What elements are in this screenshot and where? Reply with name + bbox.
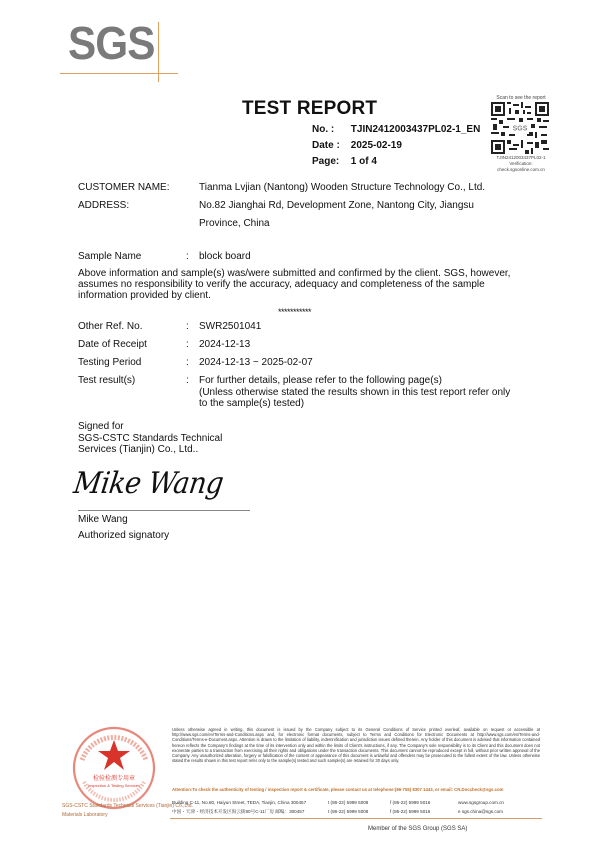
test-results-line-1: For further details, please refer to the… [199, 375, 510, 387]
address-line-1: No.82 Jianghai Rd, Development Zone, Nan… [199, 200, 474, 212]
report-page-row: Page: 1 of 4 [312, 156, 377, 167]
report-page-value: 1 of 4 [351, 156, 377, 167]
handwritten-signature: Mike Wang [72, 466, 226, 500]
address-en: Building C-11, No.80, Haiyun Street, TED… [172, 800, 306, 805]
customer-name-label: CUSTOMER NAME: [78, 182, 170, 194]
report-number-value: TJIN2412003437PL02-1_EN [351, 124, 481, 135]
signed-for-line-1: Signed for [78, 421, 222, 433]
date-of-receipt-value: 2024-12-13 [199, 339, 250, 351]
testing-period-value: 2024-12-13 ~ 2025-02-07 [199, 357, 313, 369]
qr-caption: Scan to see the report [488, 95, 554, 101]
authenticity-attention: Attention:To check the authenticity of t… [172, 787, 540, 792]
address-cn: 中国・天津・经济技术开发区海云街80号C-11厂房 邮编：300457 [172, 809, 304, 815]
address-label: ADDRESS: [78, 200, 129, 212]
footer-address-en-row: Building C-11, No.80, Haiyun Street, TED… [172, 800, 542, 808]
date-of-receipt-colon: : [186, 339, 189, 351]
email-link[interactable]: e sgs.china@sgs.com [458, 809, 503, 814]
signed-for-line-3: Services (Tianjin) Co., Ltd.. [78, 444, 222, 456]
signature-line [78, 510, 250, 511]
report-number-label: No. : [312, 124, 348, 135]
footer-rule [170, 818, 542, 819]
qr-center-badge: SGS [513, 125, 528, 132]
other-ref-value: SWR2501041 [199, 321, 261, 333]
test-results-colon: : [186, 375, 189, 387]
telephone-1: t (86-22) 5999 5008 [328, 800, 368, 805]
footer-address-cn-row: 中国・天津・经济技术开发区海云街80号C-11厂房 邮编：300457 t (8… [172, 809, 542, 817]
qr-code-icon[interactable]: SGS [491, 102, 549, 154]
test-results-value: For further details, please refer to the… [199, 375, 510, 410]
telephone-2: t (86-22) 5999 5008 [328, 809, 368, 814]
report-date-label: Date : [312, 140, 348, 151]
report-number-row: No. : TJIN2412003437PL02-1_EN [312, 124, 480, 135]
report-date-row: Date : 2025-02-19 [312, 140, 402, 151]
testing-period-label: Testing Period [78, 357, 141, 369]
report-page-label: Page: [312, 156, 348, 167]
terms-fine-print: Unless otherwise agreed in writing, this… [172, 727, 540, 763]
qr-verification-text: TJIN2412003437PL02-1 Verification: check… [486, 155, 556, 173]
logo-vertical-rule [158, 22, 159, 82]
signed-for-line-2: SGS-CSTC Standards Technical [78, 433, 222, 445]
sample-name-label: Sample Name [78, 251, 141, 263]
testing-period-colon: : [186, 357, 189, 369]
sample-name-colon: : [186, 251, 189, 263]
test-results-label: Test result(s) [78, 375, 135, 387]
website-link[interactable]: www.sgsgroup.com.cn [458, 800, 504, 805]
logo-horizontal-rule [60, 73, 178, 74]
seal-text-en: Inspection & Testing Services [88, 783, 140, 788]
qr-verification-site: check.sgsonline.com.cn [486, 167, 556, 173]
signatory-title: Authorized signatory [78, 530, 169, 542]
signed-for-block: Signed for SGS-CSTC Standards Technical … [78, 421, 222, 456]
signatory-name: Mike Wang [78, 514, 128, 526]
report-title: TEST REPORT [242, 98, 377, 120]
separator-stars: *********** [278, 307, 311, 317]
test-results-line-3: to the sample(s) tested) [199, 398, 510, 410]
fax-1: f (86-22) 5999 5016 [390, 800, 430, 805]
address-line-2: Province, China [199, 218, 270, 230]
seal-text-cn: 检验检测专用章 [93, 774, 135, 782]
test-results-line-2: (Unless otherwise stated the results sho… [199, 387, 510, 399]
sgs-member-note: Member of the SGS Group (SGS SA) [368, 826, 467, 832]
other-ref-colon: : [186, 321, 189, 333]
report-date-value: 2025-02-19 [351, 140, 402, 151]
customer-name-value: Tianma Lvjian (Nantong) Wooden Structure… [199, 182, 485, 194]
other-ref-label: Other Ref. No. [78, 321, 142, 333]
sample-name-value: block board [199, 251, 251, 263]
disclaimer-paragraph: Above information and sample(s) was/were… [78, 268, 523, 301]
fax-2: f (86-22) 5999 5016 [390, 809, 430, 814]
sgs-logo: SGS [68, 20, 155, 66]
date-of-receipt-label: Date of Receipt [78, 339, 147, 351]
